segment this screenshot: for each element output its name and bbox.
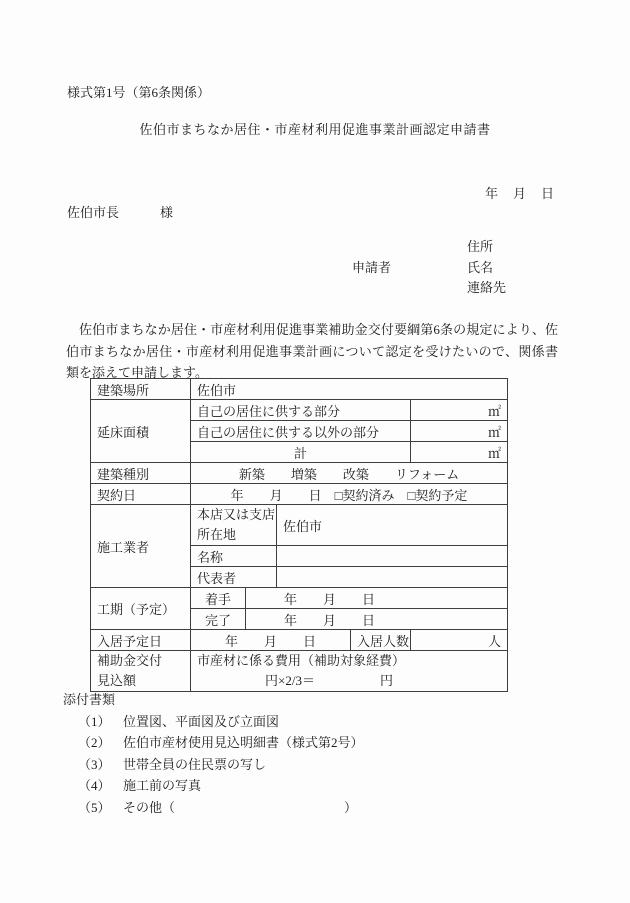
- attachment-number: （4）: [78, 775, 123, 797]
- builder-address-label-line1: 本店又は支店: [197, 505, 270, 525]
- attachment-item-5: （5） その他（ ）: [78, 797, 364, 819]
- cell-movein-value: 年 月 日: [191, 630, 351, 651]
- cell-subsidy-label: 補助金交付 見込額: [91, 651, 191, 692]
- subsidy-label-line2: 見込額: [97, 671, 184, 691]
- cell-builder-label: 施工業者: [91, 505, 191, 588]
- attachment-text: その他（ ）: [123, 797, 357, 819]
- document-title: 佐伯市まちなか居住・市産材利用促進事業計画認定申請書: [0, 119, 630, 138]
- attachment-text: 施工前の写真: [123, 775, 201, 797]
- application-form-table: 建築場所 佐伯市 延床面積 自己の居住に供する部分 ㎡ 自己の居住に供する以外の…: [90, 378, 508, 692]
- subsidy-value-line1: 市産材に係る費用（補助対象経費）: [197, 651, 501, 671]
- attachment-text: 位置図、平面図及び立面図: [123, 711, 279, 733]
- cell-floor-area-label: 延床面積: [91, 400, 191, 463]
- applicant-block: 住所 申請者 氏名 連絡先: [352, 237, 506, 299]
- applicant-address-row: 住所: [352, 237, 506, 258]
- applicant-label-spacer: [352, 237, 467, 258]
- document-page: 様式第1号（第6条関係） 佐伯市まちなか居住・市産材利用促進事業計画認定申請書 …: [0, 0, 630, 903]
- cell-floor-area-own-unit: ㎡: [411, 400, 508, 421]
- cell-builder-name-label: 名称: [191, 546, 277, 567]
- attachment-item-3: （3） 世帯全員の住民票の写し: [78, 754, 364, 776]
- attachment-number: （5）: [78, 797, 123, 819]
- cell-contract-date-label: 契約日: [91, 484, 191, 505]
- date-line: 年 月 日: [485, 183, 555, 202]
- cell-floor-area-total-unit: ㎡: [411, 442, 508, 463]
- attachment-text: 佐伯市産材使用見込明細書（様式第2号）: [123, 732, 364, 754]
- row-period-start: 工期（予定） 着手 年 月 日: [91, 588, 508, 609]
- attachments-section: 添付書類 （1） 位置図、平面図及び立面図 （2） 佐伯市産材使用見込明細書（様…: [63, 689, 364, 819]
- row-subsidy: 補助金交付 見込額 市産材に係る費用（補助対象経費） 円×2/3＝ 円: [91, 651, 508, 692]
- addressee: 佐伯市長: [67, 205, 119, 220]
- cell-builder-rep-value: [277, 567, 508, 588]
- honorific: 様: [160, 205, 173, 220]
- applicant-name-row: 申請者 氏名: [352, 258, 506, 279]
- attachment-item-1: （1） 位置図、平面図及び立面図: [78, 711, 364, 733]
- cell-floor-area-other: 自己の居住に供する以外の部分: [191, 421, 411, 442]
- attachment-text: 世帯全員の住民票の写し: [123, 754, 266, 776]
- row-floor-area-1: 延床面積 自己の居住に供する部分 ㎡: [91, 400, 508, 421]
- cell-period-end-value: 年 月 日: [246, 609, 508, 630]
- row-movein: 入居予定日 年 月 日 入居人数 人: [91, 630, 508, 651]
- attachment-item-2: （2） 佐伯市産材使用見込明細書（様式第2号）: [78, 732, 364, 754]
- cell-occupants-label: 入居人数: [351, 630, 411, 651]
- attachment-number: （2）: [78, 732, 123, 754]
- cell-builder-rep-label: 代表者: [191, 567, 277, 588]
- cell-period-end-label: 完了: [191, 609, 246, 630]
- row-building-type: 建築種別 新築 増築 改築 リフォーム: [91, 463, 508, 484]
- subsidy-value-line2: 円×2/3＝ 円: [197, 671, 501, 691]
- cell-builder-address-value: 佐伯市: [277, 505, 508, 546]
- attachment-number: （1）: [78, 711, 123, 733]
- applicant-contact-row: 連絡先: [352, 278, 506, 299]
- applicant-field-name: 氏名: [467, 258, 493, 279]
- builder-address-label-line2: 所在地: [197, 525, 270, 545]
- body-paragraph: 佐伯市まちなか居住・市産材利用促進事業補助金交付要綱第6条の規定により、佐伯市ま…: [66, 319, 558, 384]
- cell-building-type-options: 新築 増築 改築 リフォーム: [191, 463, 508, 484]
- cell-building-site-value: 佐伯市: [191, 379, 508, 400]
- row-building-site: 建築場所 佐伯市: [91, 379, 508, 400]
- subsidy-label-line1: 補助金交付: [97, 651, 184, 671]
- cell-period-start-label: 着手: [191, 588, 246, 609]
- cell-builder-address-label: 本店又は支店 所在地: [191, 505, 277, 546]
- row-builder-address: 施工業者 本店又は支店 所在地 佐伯市: [91, 505, 508, 546]
- row-contract-date: 契約日 年 月 日 □契約済み □契約予定: [91, 484, 508, 505]
- cell-subsidy-value: 市産材に係る費用（補助対象経費） 円×2/3＝ 円: [191, 651, 508, 692]
- applicant-field-contact: 連絡先: [467, 278, 506, 299]
- cell-floor-area-own: 自己の居住に供する部分: [191, 400, 411, 421]
- cell-floor-area-other-unit: ㎡: [411, 421, 508, 442]
- addressee-row: 佐伯市長様: [67, 202, 173, 221]
- cell-period-label: 工期（予定）: [91, 588, 191, 630]
- attachments-header: 添付書類: [63, 689, 364, 711]
- form-number: 様式第1号（第6条関係）: [67, 82, 210, 101]
- cell-movein-label: 入居予定日: [91, 630, 191, 651]
- cell-occupants-value: 人: [411, 630, 508, 651]
- applicant-field-address: 住所: [467, 237, 493, 258]
- cell-contract-date-value: 年 月 日 □契約済み □契約予定: [191, 484, 508, 505]
- applicant-label: 申請者: [352, 258, 467, 279]
- cell-period-start-value: 年 月 日: [246, 588, 508, 609]
- attachment-item-4: （4） 施工前の写真: [78, 775, 364, 797]
- cell-floor-area-total: 計: [191, 442, 411, 463]
- cell-builder-name-value: [277, 546, 508, 567]
- cell-building-site-label: 建築場所: [91, 379, 191, 400]
- applicant-label-spacer2: [352, 278, 467, 299]
- cell-building-type-label: 建築種別: [91, 463, 191, 484]
- attachment-number: （3）: [78, 754, 123, 776]
